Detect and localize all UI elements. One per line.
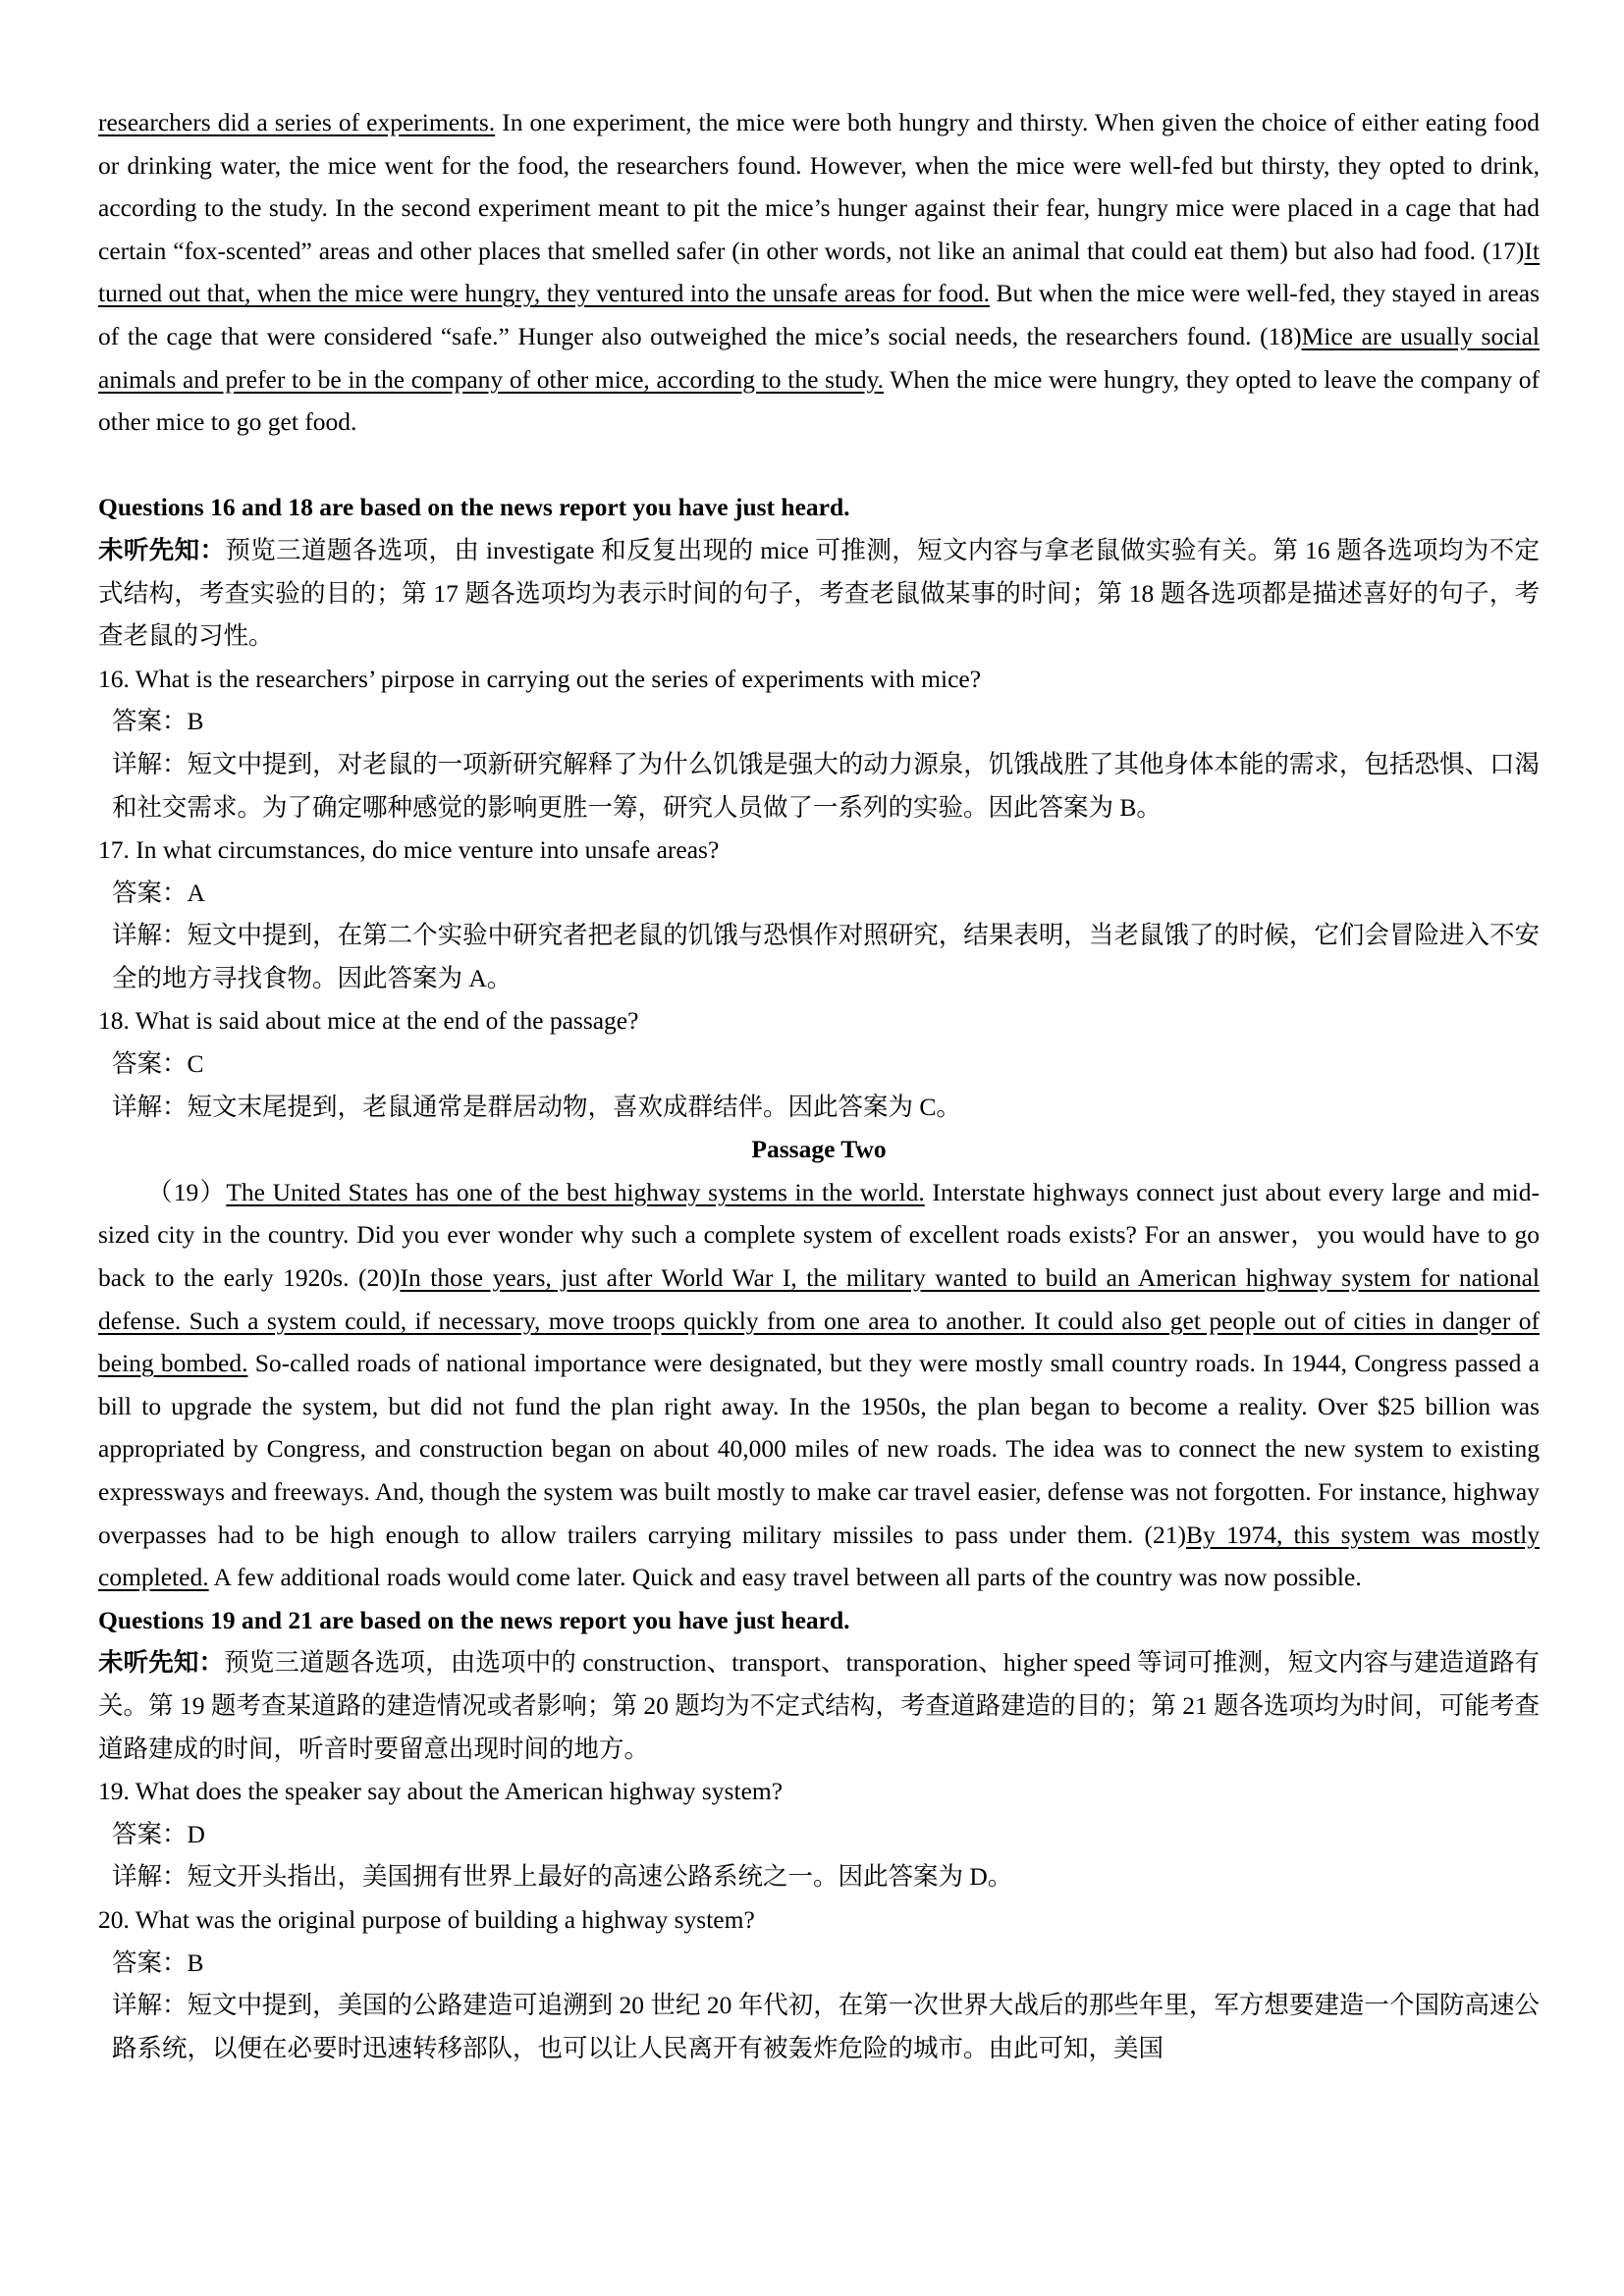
question-text: 19. What does the speaker say about the … — [98, 1770, 1540, 1813]
passage-text: So-called roads of national importance w… — [98, 1349, 1540, 1548]
preview-note: 未听先知：预览三道题各选项，由选项中的 construction、transpo… — [98, 1641, 1540, 1770]
passage-two-paragraph: （19）The United States has one of the bes… — [98, 1171, 1540, 1599]
passage-text: A few additional roads would come later.… — [209, 1563, 1362, 1591]
preview-note: 未听先知：预览三道题各选项，由 investigate 和反复出现的 mice … — [98, 529, 1540, 658]
passage-title: Passage Two — [98, 1128, 1540, 1171]
question-block: 16. What is the researchers’ pirpose in … — [98, 658, 1540, 828]
question-block: 17. In what circumstances, do mice ventu… — [98, 828, 1540, 999]
explanation-text: 详解：短文中提到，美国的公路建造可追溯到 20 世纪 20 年代初，在第一次世界… — [98, 1984, 1540, 2069]
explanation-text: 详解：短文末尾提到，老鼠通常是群居动物，喜欢成群结伴。因此答案为 C。 — [98, 1086, 1540, 1129]
passage-one-paragraph: researchers did a series of experiments.… — [98, 101, 1540, 444]
preview-label: 未听先知： — [98, 1648, 224, 1677]
answer-text: 答案：A — [98, 872, 1540, 915]
preview-text: 预览三道题各选项，由 investigate 和反复出现的 mice 可推测，短… — [98, 536, 1540, 650]
explanation-text: 详解：短文开头指出，美国拥有世界上最好的高速公路系统之一。因此答案为 D。 — [98, 1855, 1540, 1898]
question-text: 17. In what circumstances, do mice ventu… — [98, 828, 1540, 872]
question-marker: （19） — [147, 1178, 226, 1206]
preview-text: 预览三道题各选项，由选项中的 construction、transport、tr… — [98, 1648, 1540, 1762]
section-heading: Questions 19 and 21 are based on the new… — [98, 1599, 1540, 1642]
underlined-key-sentence: The United States has one of the best hi… — [226, 1178, 924, 1206]
answer-text: 答案：B — [98, 700, 1540, 743]
preview-label: 未听先知： — [98, 536, 225, 564]
explanation-text: 详解：短文中提到，在第二个实验中研究者把老鼠的饥饿与恐惧作对照研究，结果表明，当… — [98, 914, 1540, 999]
answer-text: 答案：C — [98, 1042, 1540, 1086]
explanation-text: 详解：短文中提到，对老鼠的一项新研究解释了为什么饥饿是强大的动力源泉，饥饿战胜了… — [98, 743, 1540, 828]
section-heading: Questions 16 and 18 are based on the new… — [98, 486, 1540, 529]
question-text: 16. What is the researchers’ pirpose in … — [98, 658, 1540, 701]
question-block: 18. What is said about mice at the end o… — [98, 999, 1540, 1128]
question-block: 20. What was the original purpose of bui… — [98, 1898, 1540, 2069]
answer-text: 答案：B — [98, 1942, 1540, 1985]
document-page: researchers did a series of experiments.… — [98, 101, 1540, 2069]
question-text: 18. What is said about mice at the end o… — [98, 999, 1540, 1042]
answer-text: 答案：D — [98, 1813, 1540, 1856]
spacer — [98, 444, 1540, 487]
question-text: 20. What was the original purpose of bui… — [98, 1898, 1540, 1942]
question-block: 19. What does the speaker say about the … — [98, 1770, 1540, 1898]
underlined-key-sentence: researchers did a series of experiments. — [98, 108, 495, 136]
